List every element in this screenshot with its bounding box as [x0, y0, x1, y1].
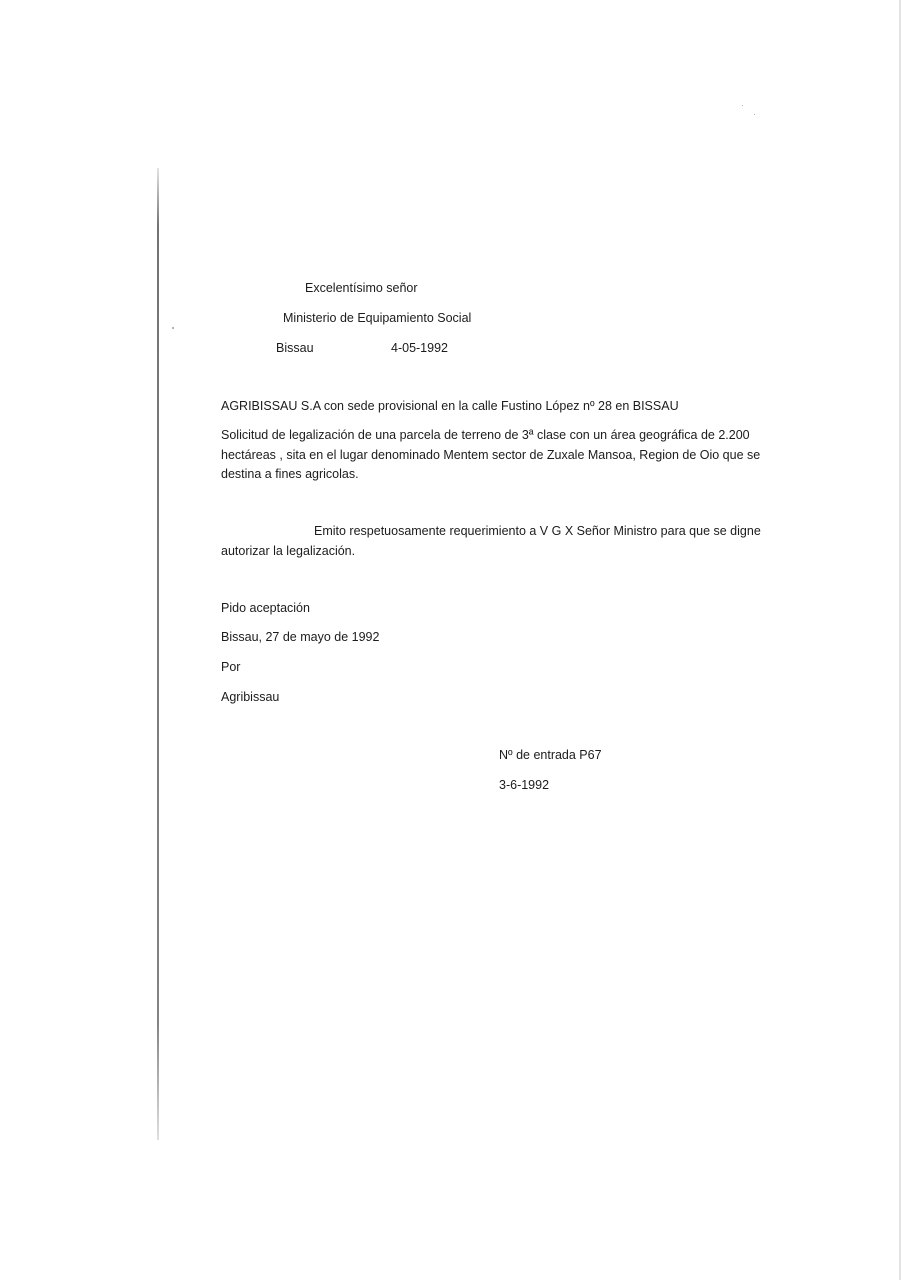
header-date: 4-05-1992: [391, 339, 448, 358]
request-text: Emito respetuosamente requerimiento a V …: [221, 524, 761, 558]
scan-speck: [754, 114, 755, 115]
scan-margin-line: [157, 168, 159, 1140]
scan-speck: [172, 327, 174, 329]
header-place: Bissau: [276, 339, 314, 358]
addressee: Ministerio de Equipamiento Social: [283, 309, 471, 328]
signature-date: Bissau, 27 de mayo de 1992: [221, 628, 379, 647]
entry-date: 3-6-1992: [499, 776, 549, 795]
signatory: Agribissau: [221, 688, 279, 707]
salutation: Excelentísimo señor: [305, 279, 418, 298]
scan-page-edge: [899, 0, 901, 1280]
by-label: Por: [221, 658, 240, 677]
request-paragraph: Emito respetuosamente requerimiento a V …: [221, 522, 791, 561]
subject-paragraph: Solicitud de legalización de una parcela…: [221, 426, 791, 485]
closing: Pido aceptación: [221, 599, 310, 618]
entry-number: Nº de entrada P67: [499, 746, 602, 765]
scan-speck: [742, 105, 743, 106]
scanned-letter-page: Excelentísimo señor Ministerio de Equipa…: [0, 0, 905, 1280]
sender-line: AGRIBISSAU S.A con sede provisional en l…: [221, 397, 679, 416]
